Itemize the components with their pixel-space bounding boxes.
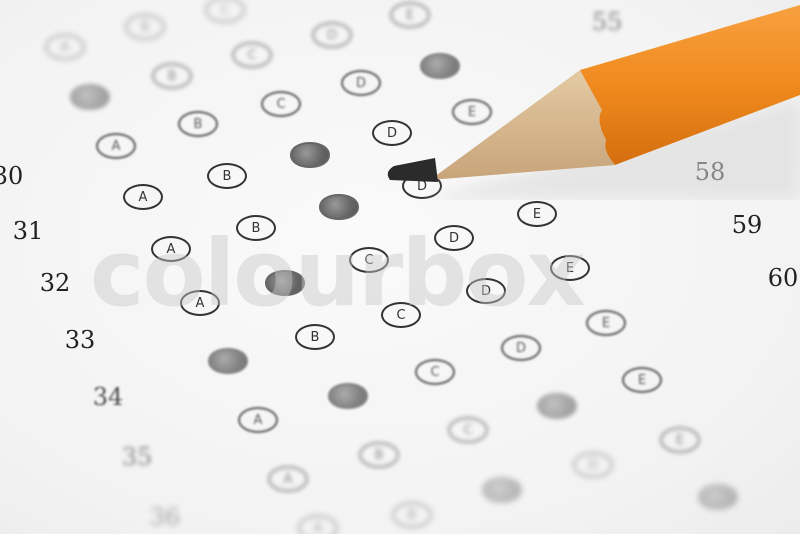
answer-bubble: B <box>178 111 218 137</box>
pencil-icon <box>380 0 800 200</box>
answer-bubble: E <box>586 310 626 336</box>
answer-bubble: B <box>125 14 165 40</box>
answer-bubble: B <box>359 442 399 468</box>
question-number: 36 <box>150 503 181 531</box>
answer-bubble: A <box>45 34 85 60</box>
answer-bubble: D <box>312 22 352 48</box>
question-number: 31 <box>13 217 44 245</box>
filled-bubble: B <box>328 383 368 409</box>
answer-bubble: C <box>381 302 421 328</box>
answer-bubble: A <box>268 466 308 492</box>
answer-bubble: D <box>434 225 474 251</box>
answer-bubble: C <box>415 359 455 385</box>
answer-bubble: D <box>501 335 541 361</box>
question-number: 33 <box>65 326 96 354</box>
answer-bubble: D <box>466 278 506 304</box>
answer-bubble: B <box>207 163 247 189</box>
filled-bubble: D <box>537 393 577 419</box>
filled-bubble: A <box>208 348 248 374</box>
filled-bubble: C <box>482 477 522 503</box>
question-number: 32 <box>40 269 71 297</box>
answer-bubble: C <box>232 42 272 68</box>
question-number: 59 <box>732 211 763 239</box>
answer-bubble: D <box>341 70 381 96</box>
answer-bubble: C <box>349 247 389 273</box>
answer-bubble: A <box>123 184 163 210</box>
question-number: 34 <box>93 383 124 411</box>
filled-bubble: A <box>70 84 110 110</box>
filled-bubble: C <box>290 142 330 168</box>
answer-bubble: A <box>238 407 278 433</box>
answer-bubble: B <box>295 324 335 350</box>
question-number: 35 <box>122 443 153 471</box>
answer-bubble: A <box>180 290 220 316</box>
answer-bubble: E <box>660 427 700 453</box>
answer-bubble: D <box>573 452 613 478</box>
answer-bubble: E <box>622 367 662 393</box>
answer-bubble: A <box>96 133 136 159</box>
question-number: 30 <box>0 162 23 190</box>
question-number: 60 <box>768 264 799 292</box>
filled-bubble: C <box>319 194 359 220</box>
answer-bubble: C <box>261 91 301 117</box>
filled-bubble: B <box>265 270 305 296</box>
answer-bubble: E <box>550 255 590 281</box>
answer-bubble: B <box>392 502 432 528</box>
answer-bubble: B <box>236 215 276 241</box>
answer-bubble: E <box>517 201 557 227</box>
filled-bubble: E <box>698 484 738 510</box>
answer-bubble: C <box>205 0 245 23</box>
answer-bubble: B <box>152 63 192 89</box>
answer-bubble: C <box>448 417 488 443</box>
answer-sheet-photo: 3031323334353655585960ABCABCDEABCDEABCDE… <box>0 0 800 534</box>
answer-bubble: A <box>151 236 191 262</box>
answer-bubble: A <box>298 515 338 534</box>
